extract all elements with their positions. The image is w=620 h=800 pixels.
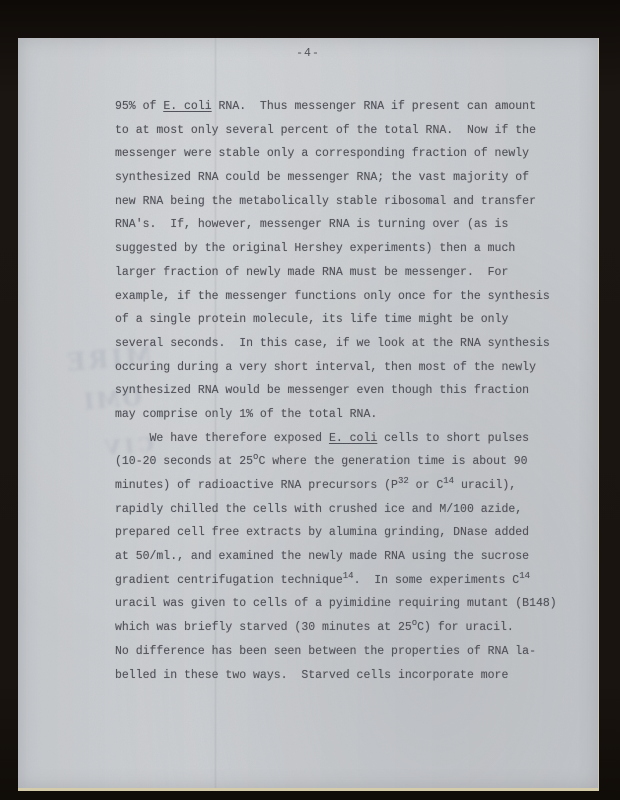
text-line: (10-20 seconds at 25oC where the generat… bbox=[115, 450, 575, 474]
text-line: occuring during a very short interval, t… bbox=[115, 356, 575, 380]
text-line: gradient centrifugation technique14. In … bbox=[115, 569, 575, 593]
typewritten-lines: 95% of E. coli RNA. Thus messenger RNA i… bbox=[115, 95, 575, 687]
text-line: prepared cell free extracts by alumina g… bbox=[115, 521, 575, 545]
text-line: We have therefore exposed E. coli cells … bbox=[115, 427, 575, 451]
text-line: to at most only several percent of the t… bbox=[115, 119, 575, 143]
text-line: minutes) of radioactive RNA precursors (… bbox=[115, 474, 575, 498]
scanner-background: MIRE OMI CIV -4- 95% of E. coli RNA. Thu… bbox=[0, 0, 620, 800]
text-line: synthesized RNA could be messenger RNA; … bbox=[115, 166, 575, 190]
document-page: MIRE OMI CIV -4- 95% of E. coli RNA. Thu… bbox=[18, 38, 599, 791]
text-line: messenger were stable only a correspondi… bbox=[115, 142, 575, 166]
text-line: RNA's. If, however, messenger RNA is tur… bbox=[115, 213, 575, 237]
text-line: larger fraction of newly made RNA must b… bbox=[115, 261, 575, 285]
text-line: new RNA being the metabolically stable r… bbox=[115, 190, 575, 214]
text-line: of a single protein molecule, its life t… bbox=[115, 308, 575, 332]
text-line: 95% of E. coli RNA. Thus messenger RNA i… bbox=[115, 95, 575, 119]
text-line: at 50/ml., and examined the newly made R… bbox=[115, 545, 575, 569]
text-line: which was briefly starved (30 minutes at… bbox=[115, 616, 575, 640]
text-line: No difference has been seen between the … bbox=[115, 640, 575, 664]
text-line: example, if the messenger functions only… bbox=[115, 285, 575, 309]
text-line: uracil was given to cells of a pyimidine… bbox=[115, 592, 575, 616]
page-number: -4- bbox=[18, 47, 598, 60]
text-line: several seconds. In this case, if we loo… bbox=[115, 332, 575, 356]
text-line: suggested by the original Hershey experi… bbox=[115, 237, 575, 261]
text-line: belled in these two ways. Starved cells … bbox=[115, 664, 575, 688]
text-line: may comprise only 1% of the total RNA. bbox=[115, 403, 575, 427]
text-line: synthesized RNA would be messenger even … bbox=[115, 379, 575, 403]
text-line: rapidly chilled the cells with crushed i… bbox=[115, 498, 575, 522]
